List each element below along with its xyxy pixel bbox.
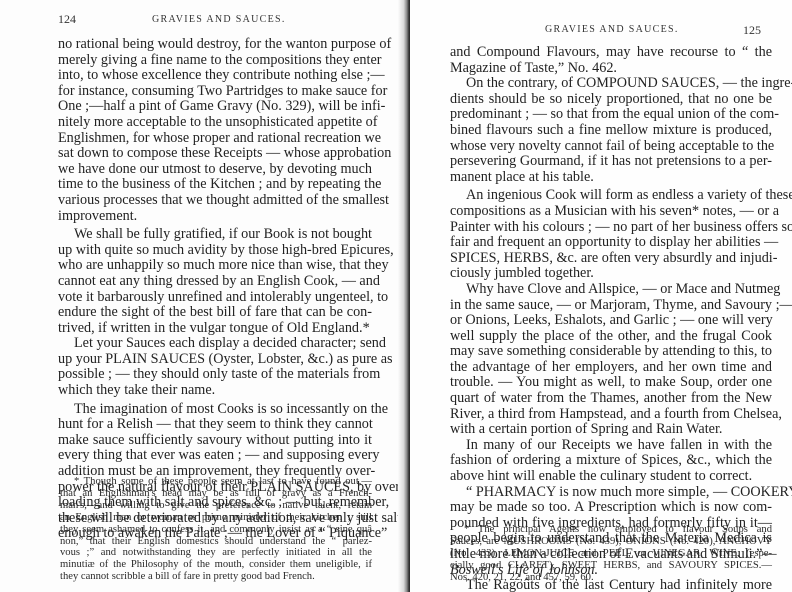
text-line: hunt for a Relish — that they seem to th…	[58, 417, 372, 433]
text-line: improvement.	[58, 209, 372, 225]
text-line: SPICES, HERBS, &c. are often very absurd…	[450, 251, 772, 267]
text-line: no rational being would destroy, for the…	[58, 37, 372, 53]
footnote-line: vous ;” and notwithstanding they are per…	[60, 547, 372, 559]
footnote-line: Nos. 420, 21, 22, and 457, 59, 60.	[450, 572, 772, 584]
text-line: and Compound Flavours, may have recourse…	[450, 45, 772, 61]
body-text: and Compound Flavours, may have recourse…	[450, 45, 772, 592]
footnote-line: they seem ashamed to confess it, and com…	[60, 524, 372, 536]
text-line: The imagination of most Cooks is so ince…	[58, 402, 372, 418]
text-line: possible ; — they should only taste of t…	[58, 367, 372, 383]
footnote-line: * The principal Agents now employed to f…	[450, 524, 772, 536]
text-line: bined flavours such a fine mellow mixtur…	[450, 123, 772, 139]
footnote-line: man's,—and willing to give the preferenc…	[60, 500, 372, 512]
text-line: We shall be fully gratified, if our Book…	[58, 227, 372, 243]
text-line: in the same sauce, — or Marjoram, Thyme,…	[450, 298, 772, 314]
page-number: 124	[58, 12, 76, 27]
text-line: One ;—half a pint of Game Gravy (No. 329…	[58, 99, 372, 115]
text-line: for instance, consuming Two Partridges t…	[58, 84, 372, 100]
text-line: cannot eat any thing dressed by an Engli…	[58, 274, 372, 290]
footnote-line: * Though some of these people seem at la…	[60, 476, 372, 488]
text-line: On the contrary, of COMPOUND SAUCES, — t…	[450, 76, 772, 92]
text-line: the advantage of her employers, and her …	[450, 360, 772, 376]
text-line: into, to whose excellence they contribut…	[58, 68, 372, 84]
text-line: every thing that ever was eaten ; — and …	[58, 448, 372, 464]
text-line: Englishmen, for whose proper and rationa…	[58, 131, 372, 147]
text-line: sat down to compose these Receipts — who…	[58, 146, 372, 162]
footnote-line: that an Englishman's head may be as full…	[60, 488, 372, 500]
text-line: whose very novelty cannot fail of being …	[450, 139, 772, 155]
text-line: ciously jumbled together.	[450, 266, 772, 282]
text-line: which they take their name.	[58, 383, 372, 399]
text-line: endure the sight of the best bill of far…	[58, 305, 372, 321]
text-line: who are unhappily so much more nice than…	[58, 258, 372, 274]
text-line: merely giving a fine name to the composi…	[58, 53, 372, 69]
text-line: nitely more acceptable to the unsophisti…	[58, 115, 372, 131]
text-line: trived, if written in the vulgar tongue …	[58, 321, 372, 337]
text-line: may save something considerable by atten…	[450, 344, 772, 360]
page-number: 125	[743, 23, 761, 38]
text-line: persevering Gourmand, if it has not pret…	[450, 154, 772, 170]
text-line: Let your Sauces each display a decided c…	[58, 336, 372, 352]
text-line: trouble. — You might as well, to make So…	[450, 375, 772, 391]
text-line: or Onions, Leeks, Eshalots, and Garlic ;…	[450, 313, 772, 329]
text-line: Magazine of Taste,” No. 462.	[450, 61, 772, 77]
text-line: quart of water from the Thames, another …	[450, 391, 772, 407]
text-line: manent place at his table.	[450, 170, 772, 186]
footnote-line: non,” that their English domestics shoul…	[60, 536, 372, 548]
text-line: various processes that we thought admitt…	[58, 193, 372, 209]
footnote-line: an English man or woman as prime ministe…	[60, 512, 372, 524]
text-line: Painter with his colours ; — no part of …	[450, 220, 772, 236]
running-head: GRAVIES AND SAUCES.	[152, 14, 286, 25]
running-head: GRAVIES AND SAUCES.	[545, 24, 679, 35]
footnote: * Though some of these people seem at la…	[60, 476, 372, 583]
right-page: GRAVIES AND SAUCES. 125 and Compound Fla…	[410, 0, 792, 592]
text-line: may be made so too. A Prescription which…	[450, 500, 772, 516]
text-line: In many of our Receipts we have fallen i…	[450, 438, 772, 454]
text-line: An ingenious Cook will form as endless a…	[450, 188, 772, 204]
text-line: fair and frequent an opportunity to disp…	[450, 235, 772, 251]
text-line: well supply the place of the other, and …	[450, 329, 772, 345]
text-line: “ PHARMACY is now much more simple, — CO…	[450, 485, 772, 501]
footnote-line: minutiæ of the Philosophy of the mouth, …	[60, 559, 372, 571]
body-text: no rational being would destroy, for the…	[58, 37, 372, 542]
text-line: time to the business of the Kitchen ; an…	[58, 177, 372, 193]
text-line: predominant ; — so that from the equal u…	[450, 107, 772, 123]
left-page: 124 GRAVIES AND SAUCES. no rational bein…	[0, 0, 404, 592]
footnote-line: Sauces, are MUSHROOMS (No. 439), ONIONS …	[450, 536, 772, 548]
text-line: above hint will enable the culinary stud…	[450, 469, 772, 485]
text-line: River, a third from Hampstead, and a fou…	[450, 407, 772, 423]
text-line: with a certain portion of Spring and Rai…	[450, 422, 772, 438]
footnote-line: (No. 433), LEMON-JUICE and PEEL, or VINE…	[450, 548, 772, 560]
text-line: Why have Clove and Allspice, — or Mace a…	[450, 282, 772, 298]
text-line: make sauce sufficiently savoury without …	[58, 433, 372, 449]
text-line: we have done our utmost to deserve, by d…	[58, 162, 372, 178]
text-line: fashion of ordering a mixture of Spices,…	[450, 453, 772, 469]
footnote-line: they cannot scribble a bill of fare in p…	[60, 571, 372, 583]
footnote-line: cially good CLARET), SWEET HERBS, and SA…	[450, 560, 772, 572]
footnote: * The principal Agents now employed to f…	[450, 524, 772, 584]
text-line: up with quite so much avidity by those h…	[58, 243, 372, 259]
text-line: compositions as a Musician with his seve…	[450, 204, 772, 220]
text-line: dients should be so nicely proportioned,…	[450, 92, 772, 108]
text-line: up your PLAIN SAUCES (Oyster, Lobster, &…	[58, 352, 372, 368]
text-line: vote it barbarously unrefined and intole…	[58, 290, 372, 306]
